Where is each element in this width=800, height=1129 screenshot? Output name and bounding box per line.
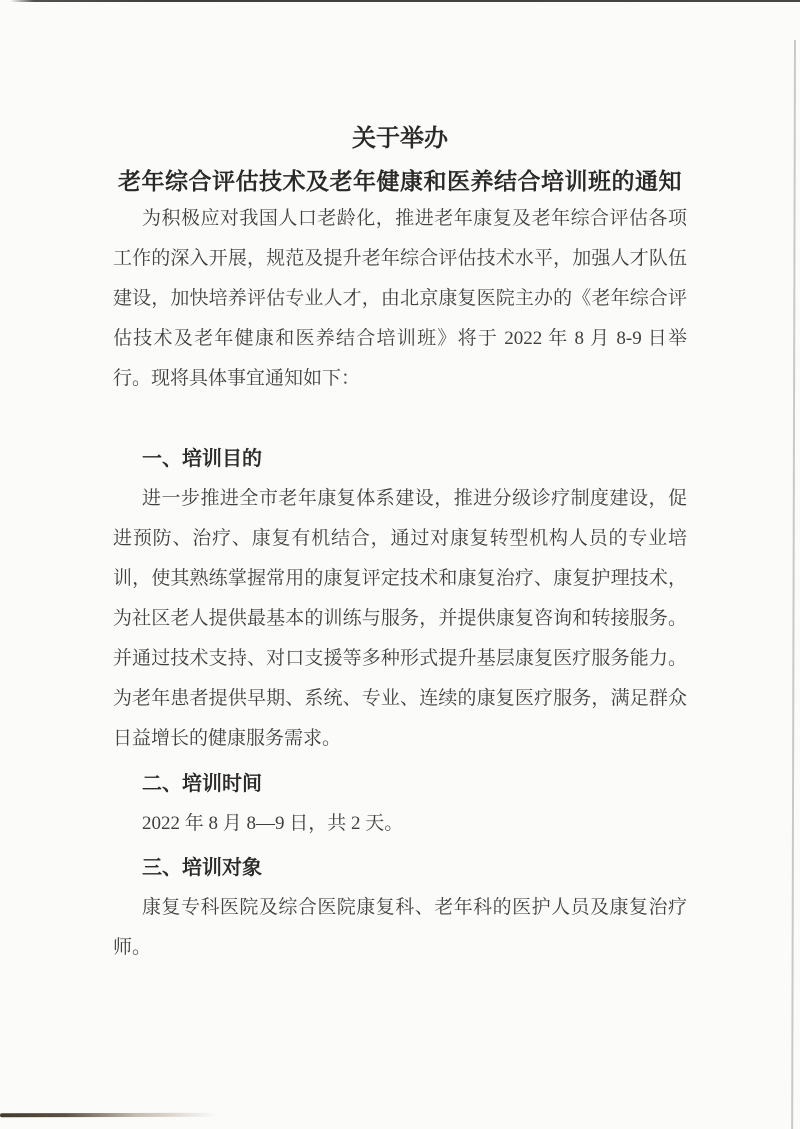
document-title-line2: 老年综合评估技术及老年健康和医养结合培训班的通知 (113, 165, 687, 199)
section-body-training-time: 2022 年 8 月 8—9 日，共 2 天。 (113, 804, 687, 844)
scanned-notice-page: 关于举办 老年综合评估技术及老年健康和医养结合培训班的通知 为积极应对我国人口老… (0, 0, 800, 1129)
section-body-training-audience: 康复专科医院及综合医院康复科、老年科的医护人员及康复治疗师。 (113, 888, 687, 968)
document-content: 关于举办 老年综合评估技术及老年健康和医养结合培训班的通知 为积极应对我国人口老… (0, 0, 800, 1129)
intro-paragraph: 为积极应对我国人口老龄化，推进老年康复及老年综合评估各项工作的深入开展，规范及提… (113, 199, 687, 399)
section-body-training-purpose: 进一步推进全市老年康复体系建设，推进分级诊疗制度建设，促进预防、治疗、康复有机结… (113, 479, 687, 759)
section-heading-training-audience: 三、培训对象 (113, 848, 687, 888)
document-title-line1: 关于举办 (113, 0, 687, 155)
section-heading-training-purpose: 一、培训目的 (113, 439, 687, 479)
section-heading-training-time: 二、培训时间 (113, 764, 687, 804)
